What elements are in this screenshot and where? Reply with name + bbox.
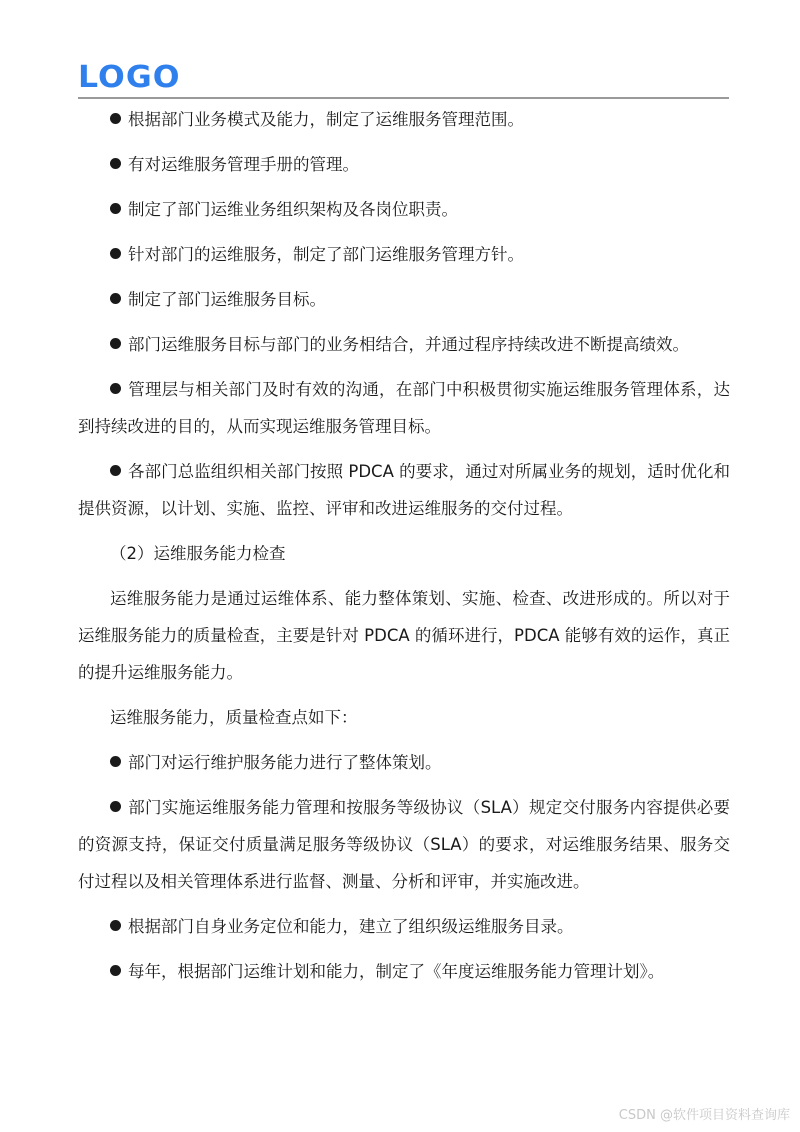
bullet-item: 部门对运行维护服务能力进行了整体策划。 — [78, 744, 730, 781]
bullet-dot-icon — [110, 281, 128, 318]
body-paragraph: 运维服务能力，质量检查点如下： — [78, 699, 730, 736]
bullet-dot-icon — [110, 371, 128, 408]
bullet-text: 根据部门自身业务定位和能力，建立了组织级运维服务目录。 — [128, 917, 574, 936]
bullet-item: 针对部门的运维服务，制定了部门运维服务管理方针。 — [78, 236, 730, 273]
bullet-text: 针对部门的运维服务，制定了部门运维服务管理方针。 — [128, 245, 524, 264]
bullet-item: 部门运维服务目标与部门的业务相结合，并通过程序持续改进不断提高绩效。 — [78, 326, 730, 363]
bullet-text: 根据部门业务模式及能力，制定了运维服务管理范围。 — [128, 110, 524, 129]
body-paragraph: 运维服务能力是通过运维体系、能力整体策划、实施、检查、改进形成的。所以对于运维服… — [78, 580, 730, 691]
bullet-dot-icon — [110, 146, 128, 183]
bullet-dot-icon — [110, 908, 128, 945]
bullet-dot-icon — [110, 453, 128, 490]
bullet-item: 管理层与相关部门及时有效的沟通，在部门中积极贯彻实施运维服务管理体系，达到持续改… — [78, 371, 730, 445]
header-divider — [78, 97, 729, 99]
bullet-text: 制定了部门运维业务组织架构及各岗位职责。 — [128, 200, 458, 219]
bullet-dot-icon — [110, 236, 128, 273]
bullet-dot-icon — [110, 744, 128, 781]
bullet-text: 有对运维服务管理手册的管理。 — [128, 155, 359, 174]
watermark: CSDN @软件项目资料查询库 — [619, 1104, 790, 1123]
bullet-item: 根据部门自身业务定位和能力，建立了组织级运维服务目录。 — [78, 908, 730, 945]
bullet-dot-icon — [110, 101, 128, 138]
bullet-text: 部门对运行维护服务能力进行了整体策划。 — [128, 753, 442, 772]
bullet-text: 部门运维服务目标与部门的业务相结合，并通过程序持续改进不断提高绩效。 — [128, 335, 689, 354]
bullet-item: 制定了部门运维业务组织架构及各岗位职责。 — [78, 191, 730, 228]
document-body: 根据部门业务模式及能力，制定了运维服务管理范围。 有对运维服务管理手册的管理。 … — [78, 101, 730, 998]
bullet-text: 制定了部门运维服务目标。 — [128, 290, 326, 309]
bullet-dot-icon — [110, 191, 128, 228]
bullet-text: 每年，根据部门运维计划和能力，制定了《年度运维服务能力管理计划》。 — [128, 962, 664, 981]
bullet-dot-icon — [110, 789, 128, 826]
bullet-text: 部门实施运维服务能力管理和按服务等级协议（SLA）规定交付服务内容提供必要的资源… — [78, 798, 730, 891]
bullet-item: 部门实施运维服务能力管理和按服务等级协议（SLA）规定交付服务内容提供必要的资源… — [78, 789, 730, 900]
bullet-dot-icon — [110, 326, 128, 363]
bullet-text: 管理层与相关部门及时有效的沟通，在部门中积极贯彻实施运维服务管理体系，达到持续改… — [78, 380, 730, 436]
logo: LOGO — [78, 62, 181, 94]
bullet-item: 根据部门业务模式及能力，制定了运维服务管理范围。 — [78, 101, 730, 138]
bullet-item: 制定了部门运维服务目标。 — [78, 281, 730, 318]
bullet-item: 有对运维服务管理手册的管理。 — [78, 146, 730, 183]
bullet-text: 各部门总监组织相关部门按照 PDCA 的要求，通过对所属业务的规划，适时优化和提… — [78, 462, 730, 518]
bullet-dot-icon — [110, 953, 128, 990]
bullet-item: 每年，根据部门运维计划和能力，制定了《年度运维服务能力管理计划》。 — [78, 953, 730, 990]
bullet-item: 各部门总监组织相关部门按照 PDCA 的要求，通过对所属业务的规划，适时优化和提… — [78, 453, 730, 527]
section-heading: （2）运维服务能力检查 — [78, 535, 730, 572]
